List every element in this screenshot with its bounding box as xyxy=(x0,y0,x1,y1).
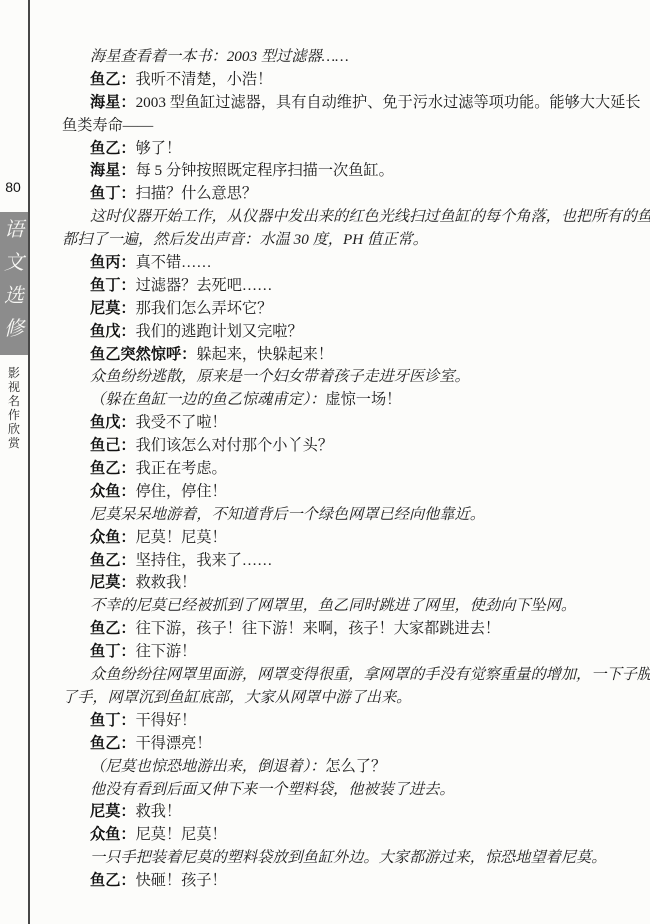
speaker-name: 鱼乙： xyxy=(90,872,136,889)
script-line: 不幸的尼莫已经被抓到了网罩里，鱼乙同时跳进了网里，使劲向下坠网。 xyxy=(62,595,640,618)
speaker-name: 鱼乙突然惊呼： xyxy=(90,346,196,363)
script-line: 这时仪器开始工作，从仪器中发出来的红色光线扫过鱼缸的每个角落，也把所有的鱼 xyxy=(62,206,640,229)
dialogue-text: 我受不了啦！ xyxy=(136,414,227,431)
script-line: 一只手把装着尼莫的塑料袋放到鱼缸外边。大家都游过来，惊恐地望着尼莫。 xyxy=(62,847,640,870)
speaker-name: 众鱼： xyxy=(90,483,136,500)
dialogue-text: 扫描？什么意思？ xyxy=(136,185,258,202)
series-title-box: 语文选修 xyxy=(0,212,28,355)
book-page: 80 语文选修 影视名作欣赏 海星查看着一本书：2003 型过滤器……鱼乙：我听… xyxy=(0,0,650,924)
dialogue-text: 我听不清楚，小浩！ xyxy=(136,71,273,88)
dialogue-text: 够了！ xyxy=(136,140,182,157)
script-line: 鱼丁：过滤器？去死吧…… xyxy=(62,275,640,298)
script-line: 鱼乙：干得漂亮！ xyxy=(62,733,640,756)
speaker-name: 鱼乙： xyxy=(90,620,136,637)
script-line: 尼莫：救我！ xyxy=(62,801,640,824)
dialogue-text: 尼莫！尼莫！ xyxy=(136,826,227,843)
dialogue-text: 我们的逃跑计划又完啦？ xyxy=(136,323,303,340)
narration-text: （躲在鱼缸一边的鱼乙惊魂甫定）： xyxy=(90,391,325,408)
script-line: 海星查看着一本书：2003 型过滤器…… xyxy=(62,46,640,69)
narration-text: 都扫了一遍，然后发出声音：水温 30 度，PH 值正常。 xyxy=(62,231,428,248)
speaker-name: 尼莫： xyxy=(90,574,136,591)
margin-rule xyxy=(28,0,30,924)
script-line: 了手，网罩沉到鱼缸底部，大家从网罩中游了出来。 xyxy=(62,687,640,710)
dialogue-text: 2003 型鱼缸过滤器，具有自动维护、免于污水过滤等项功能。能够大大延长 xyxy=(136,94,641,111)
script-line: 众鱼纷纷往网罩里面游，网罩变得很重，拿网罩的手没有觉察重量的增加，一下子脱 xyxy=(62,664,640,687)
dialogue-text: 往下游，孩子！往下游！来啊，孩子！大家都跳进去！ xyxy=(136,620,501,637)
speaker-name: 鱼丙： xyxy=(90,254,136,271)
section-title: 影视名作欣赏 xyxy=(6,366,22,450)
script-line: 鱼戊：我受不了啦！ xyxy=(62,412,640,435)
script-line: 鱼乙：够了！ xyxy=(62,138,640,161)
speaker-name: 鱼乙： xyxy=(90,140,136,157)
script-line: 鱼类寿命—— xyxy=(62,115,640,138)
speaker-name: 鱼乙： xyxy=(90,735,136,752)
script-line: 他没有看到后面又伸下来一个塑料袋，他被装了进去。 xyxy=(62,779,640,802)
script-line: 鱼丙：真不错…… xyxy=(62,252,640,275)
script-line: 众鱼：停住，停住！ xyxy=(62,481,640,504)
speaker-name: 众鱼： xyxy=(90,826,136,843)
script-line: 鱼丁：扫描？什么意思？ xyxy=(62,183,640,206)
dialogue-text: 干得好！ xyxy=(136,712,197,729)
script-line: 鱼乙：往下游，孩子！往下游！来啊，孩子！大家都跳进去！ xyxy=(62,618,640,641)
dialogue-text: 尼莫！尼莫！ xyxy=(136,529,227,546)
speaker-name: 海星： xyxy=(90,94,136,111)
narration-text: 众鱼纷纷逃散，原来是一个妇女带着孩子走进牙医诊室。 xyxy=(90,368,470,385)
script-line: 众鱼：尼莫！尼莫！ xyxy=(62,527,640,550)
narration-text: （尼莫也惊恐地游出来，倒退着）： xyxy=(90,758,325,775)
speaker-name: 鱼丁： xyxy=(90,712,136,729)
dialogue-text: 干得漂亮！ xyxy=(136,735,212,752)
script-line: （躲在鱼缸一边的鱼乙惊魂甫定）：虚惊一场！ xyxy=(62,389,640,412)
speaker-name: 鱼戊： xyxy=(90,323,136,340)
script-line: 鱼乙：我正在考虑。 xyxy=(62,458,640,481)
narration-text: 众鱼纷纷往网罩里面游，网罩变得很重，拿网罩的手没有觉察重量的增加，一下子脱 xyxy=(90,666,650,683)
page-number: 80 xyxy=(0,179,26,195)
script-line: 鱼戊：我们的逃跑计划又完啦？ xyxy=(62,321,640,344)
speaker-name: 鱼丁： xyxy=(90,185,136,202)
narration-text: 他没有看到后面又伸下来一个塑料袋，他被装了进去。 xyxy=(90,781,455,798)
script-line: 海星：每 5 分钟按照既定程序扫描一次鱼缸。 xyxy=(62,160,640,183)
script-line: 尼莫呆呆地游着，不知道背后一个绿色网罩已经向他靠近。 xyxy=(62,504,640,527)
speaker-name: 众鱼： xyxy=(90,529,136,546)
script-line: 鱼丁：往下游！ xyxy=(62,641,640,664)
script-line: 鱼己：我们该怎么对付那个小丫头？ xyxy=(62,435,640,458)
script-line: 鱼乙突然惊呼：躲起来，快躲起来！ xyxy=(62,344,640,367)
script-line: 都扫了一遍，然后发出声音：水温 30 度，PH 值正常。 xyxy=(62,229,640,252)
speaker-name: 鱼乙： xyxy=(90,460,136,477)
dialogue-text: 往下游！ xyxy=(136,643,197,660)
speaker-name: 尼莫： xyxy=(90,803,136,820)
dialogue-text: 我们该怎么对付那个小丫头？ xyxy=(136,437,333,454)
speaker-name: 鱼丁： xyxy=(90,643,136,660)
script-text: 海星查看着一本书：2003 型过滤器……鱼乙：我听不清楚，小浩！海星：2003 … xyxy=(62,46,640,893)
speaker-name: 海星： xyxy=(90,162,136,179)
dialogue-text: 救救我！ xyxy=(136,574,197,591)
speaker-name: 鱼己： xyxy=(90,437,136,454)
script-line: 鱼乙：我听不清楚，小浩！ xyxy=(62,69,640,92)
script-line: 众鱼纷纷逃散，原来是一个妇女带着孩子走进牙医诊室。 xyxy=(62,366,640,389)
narration-text: 海星查看着一本书：2003 型过滤器…… xyxy=(90,48,349,65)
speaker-name: 鱼乙： xyxy=(90,552,136,569)
dialogue-text: 虚惊一场！ xyxy=(325,391,401,408)
script-line: 众鱼：尼莫！尼莫！ xyxy=(62,824,640,847)
dialogue-text: 快砸！孩子！ xyxy=(136,872,227,889)
script-line: 尼莫：救救我！ xyxy=(62,572,640,595)
dialogue-text: 真不错…… xyxy=(136,254,212,271)
script-line: 鱼乙：坚持住，我来了…… xyxy=(62,550,640,573)
script-line: 鱼丁：干得好！ xyxy=(62,710,640,733)
script-line: 尼莫：那我们怎么弄坏它？ xyxy=(62,298,640,321)
dialogue-text: 坚持住，我来了…… xyxy=(136,552,273,569)
dialogue-text: 我正在考虑。 xyxy=(136,460,227,477)
script-line: 海星：2003 型鱼缸过滤器，具有自动维护、免于污水过滤等项功能。能够大大延长 xyxy=(62,92,640,115)
narration-text: 了手，网罩沉到鱼缸底部，大家从网罩中游了出来。 xyxy=(62,689,411,706)
script-line: 鱼乙：快砸！孩子！ xyxy=(62,870,640,893)
dialogue-text: 过滤器？去死吧…… xyxy=(136,277,273,294)
dialogue-text: 鱼类寿命—— xyxy=(62,117,153,134)
dialogue-text: 停住，停住！ xyxy=(136,483,227,500)
dialogue-text: 那我们怎么弄坏它？ xyxy=(136,300,273,317)
speaker-name: 鱼戊： xyxy=(90,414,136,431)
script-line: （尼莫也惊恐地游出来，倒退着）：怎么了？ xyxy=(62,756,640,779)
narration-text: 不幸的尼莫已经被抓到了网罩里，鱼乙同时跳进了网里，使劲向下坠网。 xyxy=(90,597,576,614)
dialogue-text: 怎么了？ xyxy=(325,758,386,775)
series-title: 语文选修 xyxy=(2,212,26,355)
dialogue-text: 每 5 分钟按照既定程序扫描一次鱼缸。 xyxy=(136,162,394,179)
speaker-name: 鱼乙： xyxy=(90,71,136,88)
narration-text: 尼莫呆呆地游着，不知道背后一个绿色网罩已经向他靠近。 xyxy=(90,506,485,523)
narration-text: 这时仪器开始工作，从仪器中发出来的红色光线扫过鱼缸的每个角落，也把所有的鱼 xyxy=(90,208,650,225)
narration-text: 一只手把装着尼莫的塑料袋放到鱼缸外边。大家都游过来，惊恐地望着尼莫。 xyxy=(90,849,606,866)
dialogue-text: 躲起来，快躲起来！ xyxy=(196,346,333,363)
dialogue-text: 救我！ xyxy=(136,803,182,820)
speaker-name: 鱼丁： xyxy=(90,277,136,294)
speaker-name: 尼莫： xyxy=(90,300,136,317)
